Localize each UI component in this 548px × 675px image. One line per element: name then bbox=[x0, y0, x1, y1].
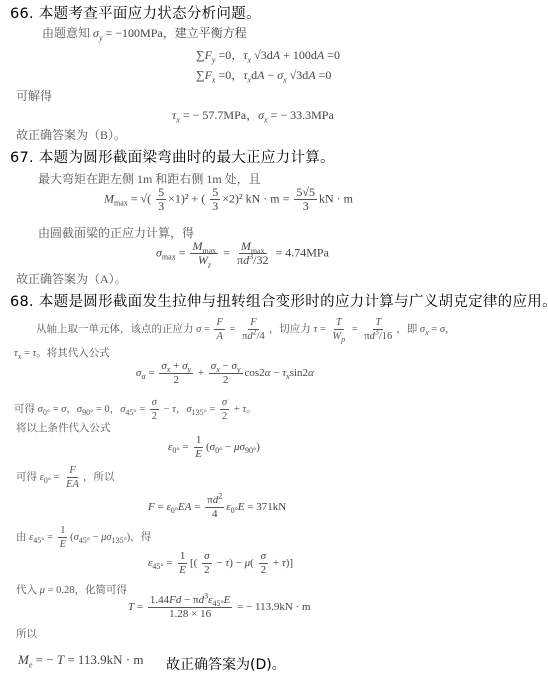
q67-heading: 67. 本题为圆形截面梁弯曲时的最大正应力计算。 bbox=[10, 146, 335, 167]
q67-line2: 由圆截面梁的正应力计算，得 bbox=[38, 224, 194, 241]
q68-line4: 将以上条件代入公式 bbox=[16, 420, 111, 435]
q68-sigma-alpha-eq: σα = σx + σy2 + σx − σy2cos2α − τxsin2α bbox=[136, 360, 314, 387]
q66-answer: 故正确答案为（B）。 bbox=[16, 126, 126, 143]
q67-sigma-eq: σmax = MmaxWz = Mmaxπd3/32 = 4.74MPa bbox=[156, 240, 329, 267]
q66-given: 由题意知 σy = −100MPa，建立平衡方程 bbox=[42, 24, 247, 41]
q68-F-eq: F = ε0°EA = πd24ε0°E = 371kN bbox=[148, 494, 286, 521]
q68-heading: 68. 本题是圆形截面发生拉伸与扭转组合变形时的应力计算与广义胡克定律的应用。 bbox=[10, 290, 548, 311]
q66-given-text: 由题意知 bbox=[42, 26, 90, 40]
q66-given-expr: σy = −100MPa，建立平衡方程 bbox=[93, 26, 247, 40]
q68-line3: 可得 σ0° = σ，σ90° = 0，σ45° = σ2 − τ，σ135° … bbox=[14, 396, 257, 423]
q67-answer: 故正确答案为（A）。 bbox=[16, 270, 127, 287]
q68-T-eq: T = 1.44Fd − πd3ε45°E1.28 × 16 = − 113.9… bbox=[128, 594, 311, 621]
q66-solve-label: 可解得 bbox=[16, 87, 52, 104]
q67-line1: 最大弯矩在距左侧 1m 和距右侧 1m 处，且 bbox=[38, 170, 261, 187]
q66-eq1: ∑Fy =0，τx √3dA + 100dA =0 bbox=[196, 46, 340, 63]
q68-line2: τx = τ。将其代入公式 bbox=[14, 345, 110, 360]
q68-answer: 故正确答案为(D)。 bbox=[166, 654, 286, 674]
q68-line7: 代入 μ = 0.28，化简可得 bbox=[16, 582, 127, 597]
q68-line1: 从轴上取一单元体，该点的正应力 σ = FA = Fπd2/4，切应力 τ = … bbox=[36, 316, 456, 343]
q68-line6: 由 ε45° = 1E(σ45° − μσ135°)，得 bbox=[16, 524, 151, 551]
q68-eps45-eq: ε45° = 1E[( σ2 − τ) − μ( σ2 + τ)] bbox=[148, 550, 293, 577]
q68-Me-eq: Me = − T = 113.9kN · m bbox=[18, 652, 144, 668]
q68-line5: 可得 ε0° = FEA，所以 bbox=[16, 464, 114, 491]
q68-line8: 所以 bbox=[16, 626, 37, 641]
q68-eps0-eq: ε0° = 1E(σ0° − μσ90°) bbox=[168, 434, 260, 461]
q66-result: τx = − 57.7MPa，σx = − 33.3MPa bbox=[172, 106, 334, 123]
q66-eq2: ∑Fx =0，τxdA − σx √3dA =0 bbox=[196, 66, 331, 83]
q67-mmax-eq: Mmax = √( 53×1)² + ( 53×2)² kN · m = 5√5… bbox=[104, 186, 353, 213]
q66-heading: 66. 本题考查平面应力状态分析问题。 bbox=[10, 2, 261, 23]
